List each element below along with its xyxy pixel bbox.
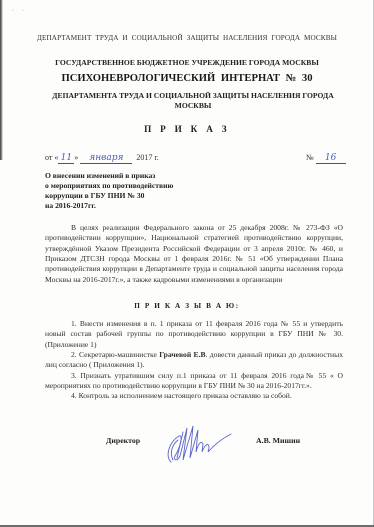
item-2-before: 2. Секретарю-машинистке — [71, 350, 159, 359]
signature-icon — [163, 422, 233, 468]
order-items: 1. Внести изменения в п. 1 приказа от 11… — [45, 319, 343, 402]
department-header: ДЕПАРТАМЕНТ ТРУДА И СОЦИАЛЬНОЙ ЗАЩИТЫ НА… — [0, 34, 374, 42]
preamble-text: В целях реализации Федерального закона о… — [45, 223, 343, 285]
order-item-4: 4. Контроль за исполнением настоящего пр… — [45, 391, 343, 401]
subject-line: о мероприятиях по противодействию — [45, 181, 173, 191]
number-value: 16 — [316, 154, 346, 164]
org-name: ПСИХОНЕВРОЛОГИЧЕСКИЙ ИНТЕРНАТ № 30 — [0, 73, 374, 84]
date-day: 11 — [58, 154, 74, 164]
org-department: ДЕПАРТАМЕНТА ТРУДА И СОЦИАЛЬНОЙ ЗАЩИТЫ Н… — [48, 91, 338, 111]
order-item-1: 1. Внести изменения в п. 1 приказа от 11… — [45, 319, 343, 350]
signer-title: Директор — [106, 436, 140, 445]
order-item-2: 2. Секретарю-машинистке Грачевой Е.В. до… — [45, 350, 343, 371]
order-item-3: 3. Признать утратившим силу п.1 приказа … — [45, 371, 343, 392]
subject-line: на 2016-2017гг. — [45, 201, 173, 211]
date-month: января — [80, 154, 132, 164]
scan-dots: ·· — [12, 8, 32, 14]
order-number: № 16 — [306, 153, 346, 164]
order-date: от «11» января 2017 г. — [45, 153, 159, 164]
item-2-person: Грачевой Е.В — [159, 350, 205, 359]
subject-line: О внесении изменений в приказ — [45, 171, 173, 181]
date-mid: » — [74, 153, 78, 162]
order-directive: П Р И К А З Ы В А Ю: — [0, 302, 374, 310]
subject-line: коррупции в ГБУ ПНИ № 30 — [45, 191, 173, 201]
date-year: 2017 г. — [136, 153, 158, 162]
org-type-line: ГОСУДАРСТВЕННОЕ БЮДЖЕТНОЕ УЧРЕЖДЕНИЕ ГОР… — [0, 58, 374, 67]
document-title: П Р И К А З — [0, 124, 374, 134]
preamble: В целях реализации Федерального закона о… — [45, 223, 343, 285]
order-subject: О внесении изменений в приказ о мероприя… — [45, 171, 173, 211]
signer-name: А.В. Мишин — [256, 436, 300, 445]
date-prefix: от « — [45, 153, 58, 162]
number-label: № — [306, 153, 314, 162]
